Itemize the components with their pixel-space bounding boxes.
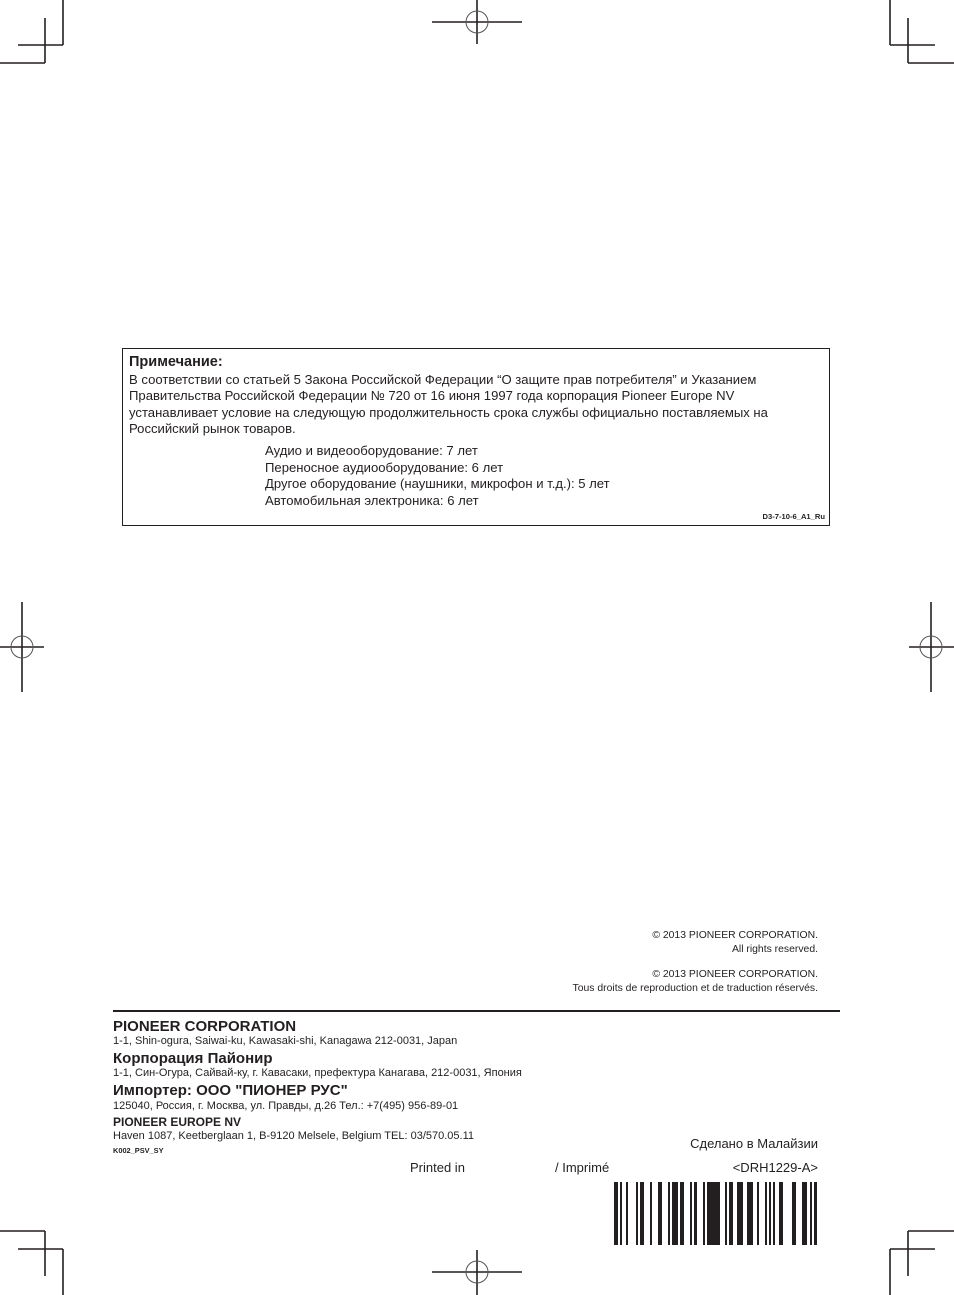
barcode-bar xyxy=(737,1182,743,1245)
note-title: Примечание: xyxy=(129,353,223,371)
service-life-item: Автомобильная электроника: 6 лет xyxy=(265,493,610,510)
barcode-bar xyxy=(636,1182,638,1245)
registration-mark-left xyxy=(0,602,44,692)
divider-rule xyxy=(113,1010,840,1012)
barcode-bar xyxy=(802,1182,807,1245)
barcode-bar xyxy=(747,1182,753,1245)
barcode-bar xyxy=(725,1182,727,1245)
barcode-bar xyxy=(694,1182,697,1245)
service-life-item: Другое оборудование (наушники, микрофон … xyxy=(265,476,610,493)
barcode-bar xyxy=(650,1182,652,1245)
importer-address: 125040, Россия, г. Москва, ул. Правды, д… xyxy=(113,1099,458,1113)
note-paragraph-line: устанавливает условие на следующую продо… xyxy=(129,405,768,421)
company-block-code: K002_PSV_SY xyxy=(113,1146,164,1156)
company-name-pioneer-europe: PIONEER EUROPE NV xyxy=(113,1114,241,1130)
copyright-french: © 2013 PIONEER CORPORATION. Tous droits … xyxy=(573,968,818,996)
printed-in-text: Printed in xyxy=(410,1160,465,1176)
barcode-bar xyxy=(703,1182,705,1245)
barcode-bar xyxy=(614,1182,618,1245)
made-in-text: Сделано в Малайзии xyxy=(690,1136,818,1152)
barcode-bar xyxy=(680,1182,684,1245)
crop-mark-bottom-right xyxy=(890,1231,954,1295)
service-life-item: Аудио и видеооборудование: 7 лет xyxy=(265,443,610,460)
service-life-list: Аудио и видеооборудование: 7 лет Перенос… xyxy=(265,443,610,509)
company-address-pioneer-corporation: 1-1, Shin-ogura, Saiwai-ku, Kawasaki-shi… xyxy=(113,1034,457,1048)
note-reference-code: D3-7-10-6_A1_Ru xyxy=(763,512,825,522)
imprime-text: / Imprimé xyxy=(555,1160,609,1176)
barcode-bar xyxy=(765,1182,767,1245)
barcode-bar xyxy=(729,1182,733,1245)
barcode-bar xyxy=(640,1182,644,1245)
registration-mark-bottom xyxy=(432,1250,522,1295)
barcode-bar xyxy=(814,1182,817,1245)
crop-mark-top-right xyxy=(890,0,954,63)
copyright-english: © 2013 PIONEER CORPORATION. All rights r… xyxy=(652,929,818,957)
barcode-bar xyxy=(779,1182,783,1245)
registration-mark-top xyxy=(432,0,522,44)
copyright-line: © 2013 PIONEER CORPORATION. xyxy=(652,929,818,943)
barcode-bar xyxy=(757,1182,759,1245)
crop-mark-top-left xyxy=(0,0,63,63)
barcode-bar xyxy=(810,1182,812,1245)
copyright-line: © 2013 PIONEER CORPORATION. xyxy=(573,968,818,982)
company-address-pioneer-europe: Haven 1087, Keetberglaan 1, B-9120 Melse… xyxy=(113,1129,474,1143)
note-paragraph-line: Российский рынок товаров. xyxy=(129,421,768,437)
barcode-bar xyxy=(620,1182,622,1245)
document-code: <DRH1229-A> xyxy=(733,1160,818,1176)
barcode-bar xyxy=(690,1182,692,1245)
barcode-bar xyxy=(707,1182,720,1245)
barcode-bar xyxy=(773,1182,775,1245)
barcode-bar xyxy=(658,1182,662,1245)
barcode-bar xyxy=(626,1182,628,1245)
rights-line: Tous droits de reproduction et de traduc… xyxy=(573,982,818,996)
note-paragraph-line: Правительства Российской Федерации № 720… xyxy=(129,388,768,404)
barcode-bar xyxy=(668,1182,670,1245)
note-paragraph: В соответствии со статьей 5 Закона Росси… xyxy=(129,372,768,438)
registration-mark-right xyxy=(909,602,954,692)
barcode-bar xyxy=(769,1182,771,1245)
barcode-bar xyxy=(672,1182,678,1245)
barcode xyxy=(614,1182,818,1245)
crop-mark-bottom-left xyxy=(0,1231,63,1295)
importer-name: Импортер: ООО "ПИОНЕР РУС" xyxy=(113,1082,348,1100)
rights-line: All rights reserved. xyxy=(652,943,818,957)
note-paragraph-line: В соответствии со статьей 5 Закона Росси… xyxy=(129,372,768,388)
service-life-item: Переносное аудиооборудование: 6 лет xyxy=(265,460,610,477)
company-address-pioneer-ru: 1-1, Син-Огура, Сайвай-ку, г. Кавасаки, … xyxy=(113,1066,522,1080)
barcode-bar xyxy=(792,1182,796,1245)
